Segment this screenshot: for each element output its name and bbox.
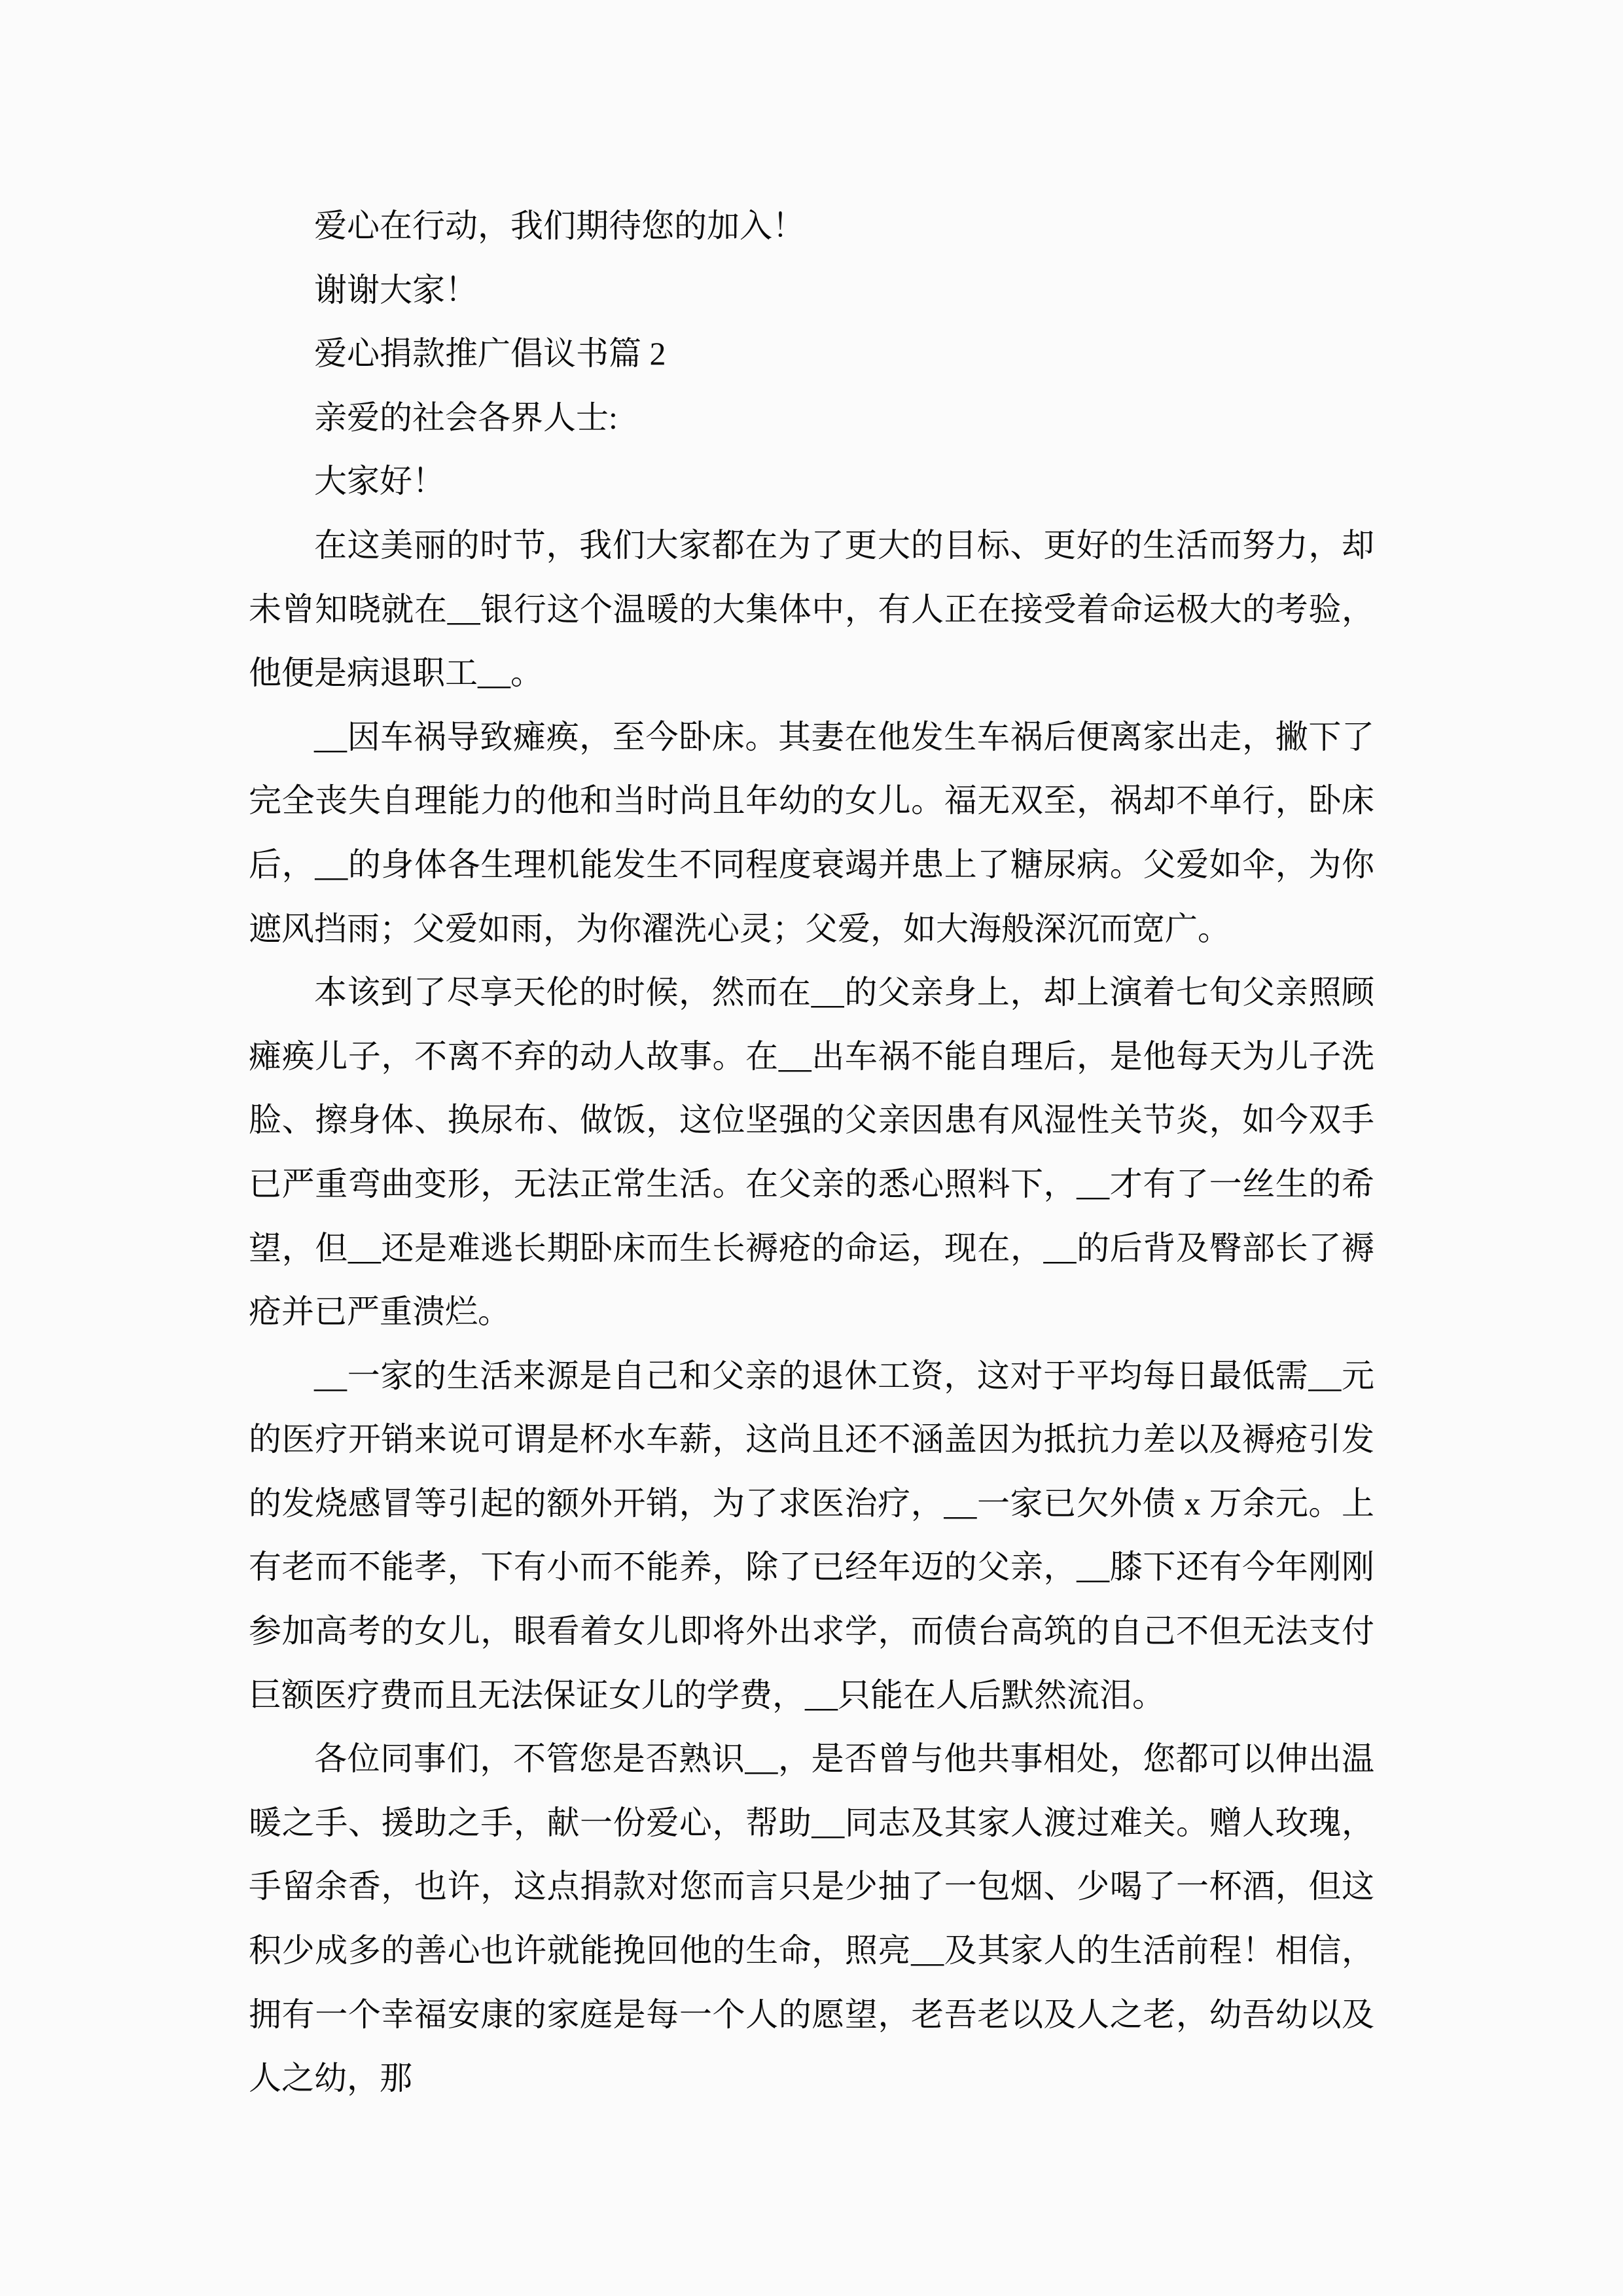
paragraph: 大家好！ — [249, 450, 1374, 514]
paragraph: 本该到了尽享天伦的时候，然而在__的父亲身上，却上演着七旬父亲照顾瘫痪儿子，不离… — [249, 961, 1374, 1344]
paragraph: __因车祸导致瘫痪，至今卧床。其妻在他发生车祸后便离家出走，撇下了完全丧失自理能… — [249, 706, 1374, 961]
paragraph: 爱心捐款推广倡议书篇 2 — [249, 322, 1374, 386]
paragraph: 亲爱的社会各界人士: — [249, 386, 1374, 450]
paragraph: 各位同事们，不管您是否熟识__，是否曾与他共事相处，您都可以伸出温暖之手、援助之… — [249, 1727, 1374, 2111]
paragraph: __一家的生活来源是自己和父亲的退休工资，这对于平均每日最低需__元的医疗开销来… — [249, 1344, 1374, 1728]
document-page: 爱心在行动，我们期待您的加入！谢谢大家！爱心捐款推广倡议书篇 2亲爱的社会各界人… — [0, 0, 1623, 2296]
paragraph: 谢谢大家！ — [249, 259, 1374, 323]
paragraph: 在这美丽的时节，我们大家都在为了更大的目标、更好的生活而努力，却未曾知晓就在__… — [249, 514, 1374, 706]
document-body: 爱心在行动，我们期待您的加入！谢谢大家！爱心捐款推广倡议书篇 2亲爱的社会各界人… — [249, 194, 1374, 2111]
paragraph: 爱心在行动，我们期待您的加入！ — [249, 194, 1374, 259]
